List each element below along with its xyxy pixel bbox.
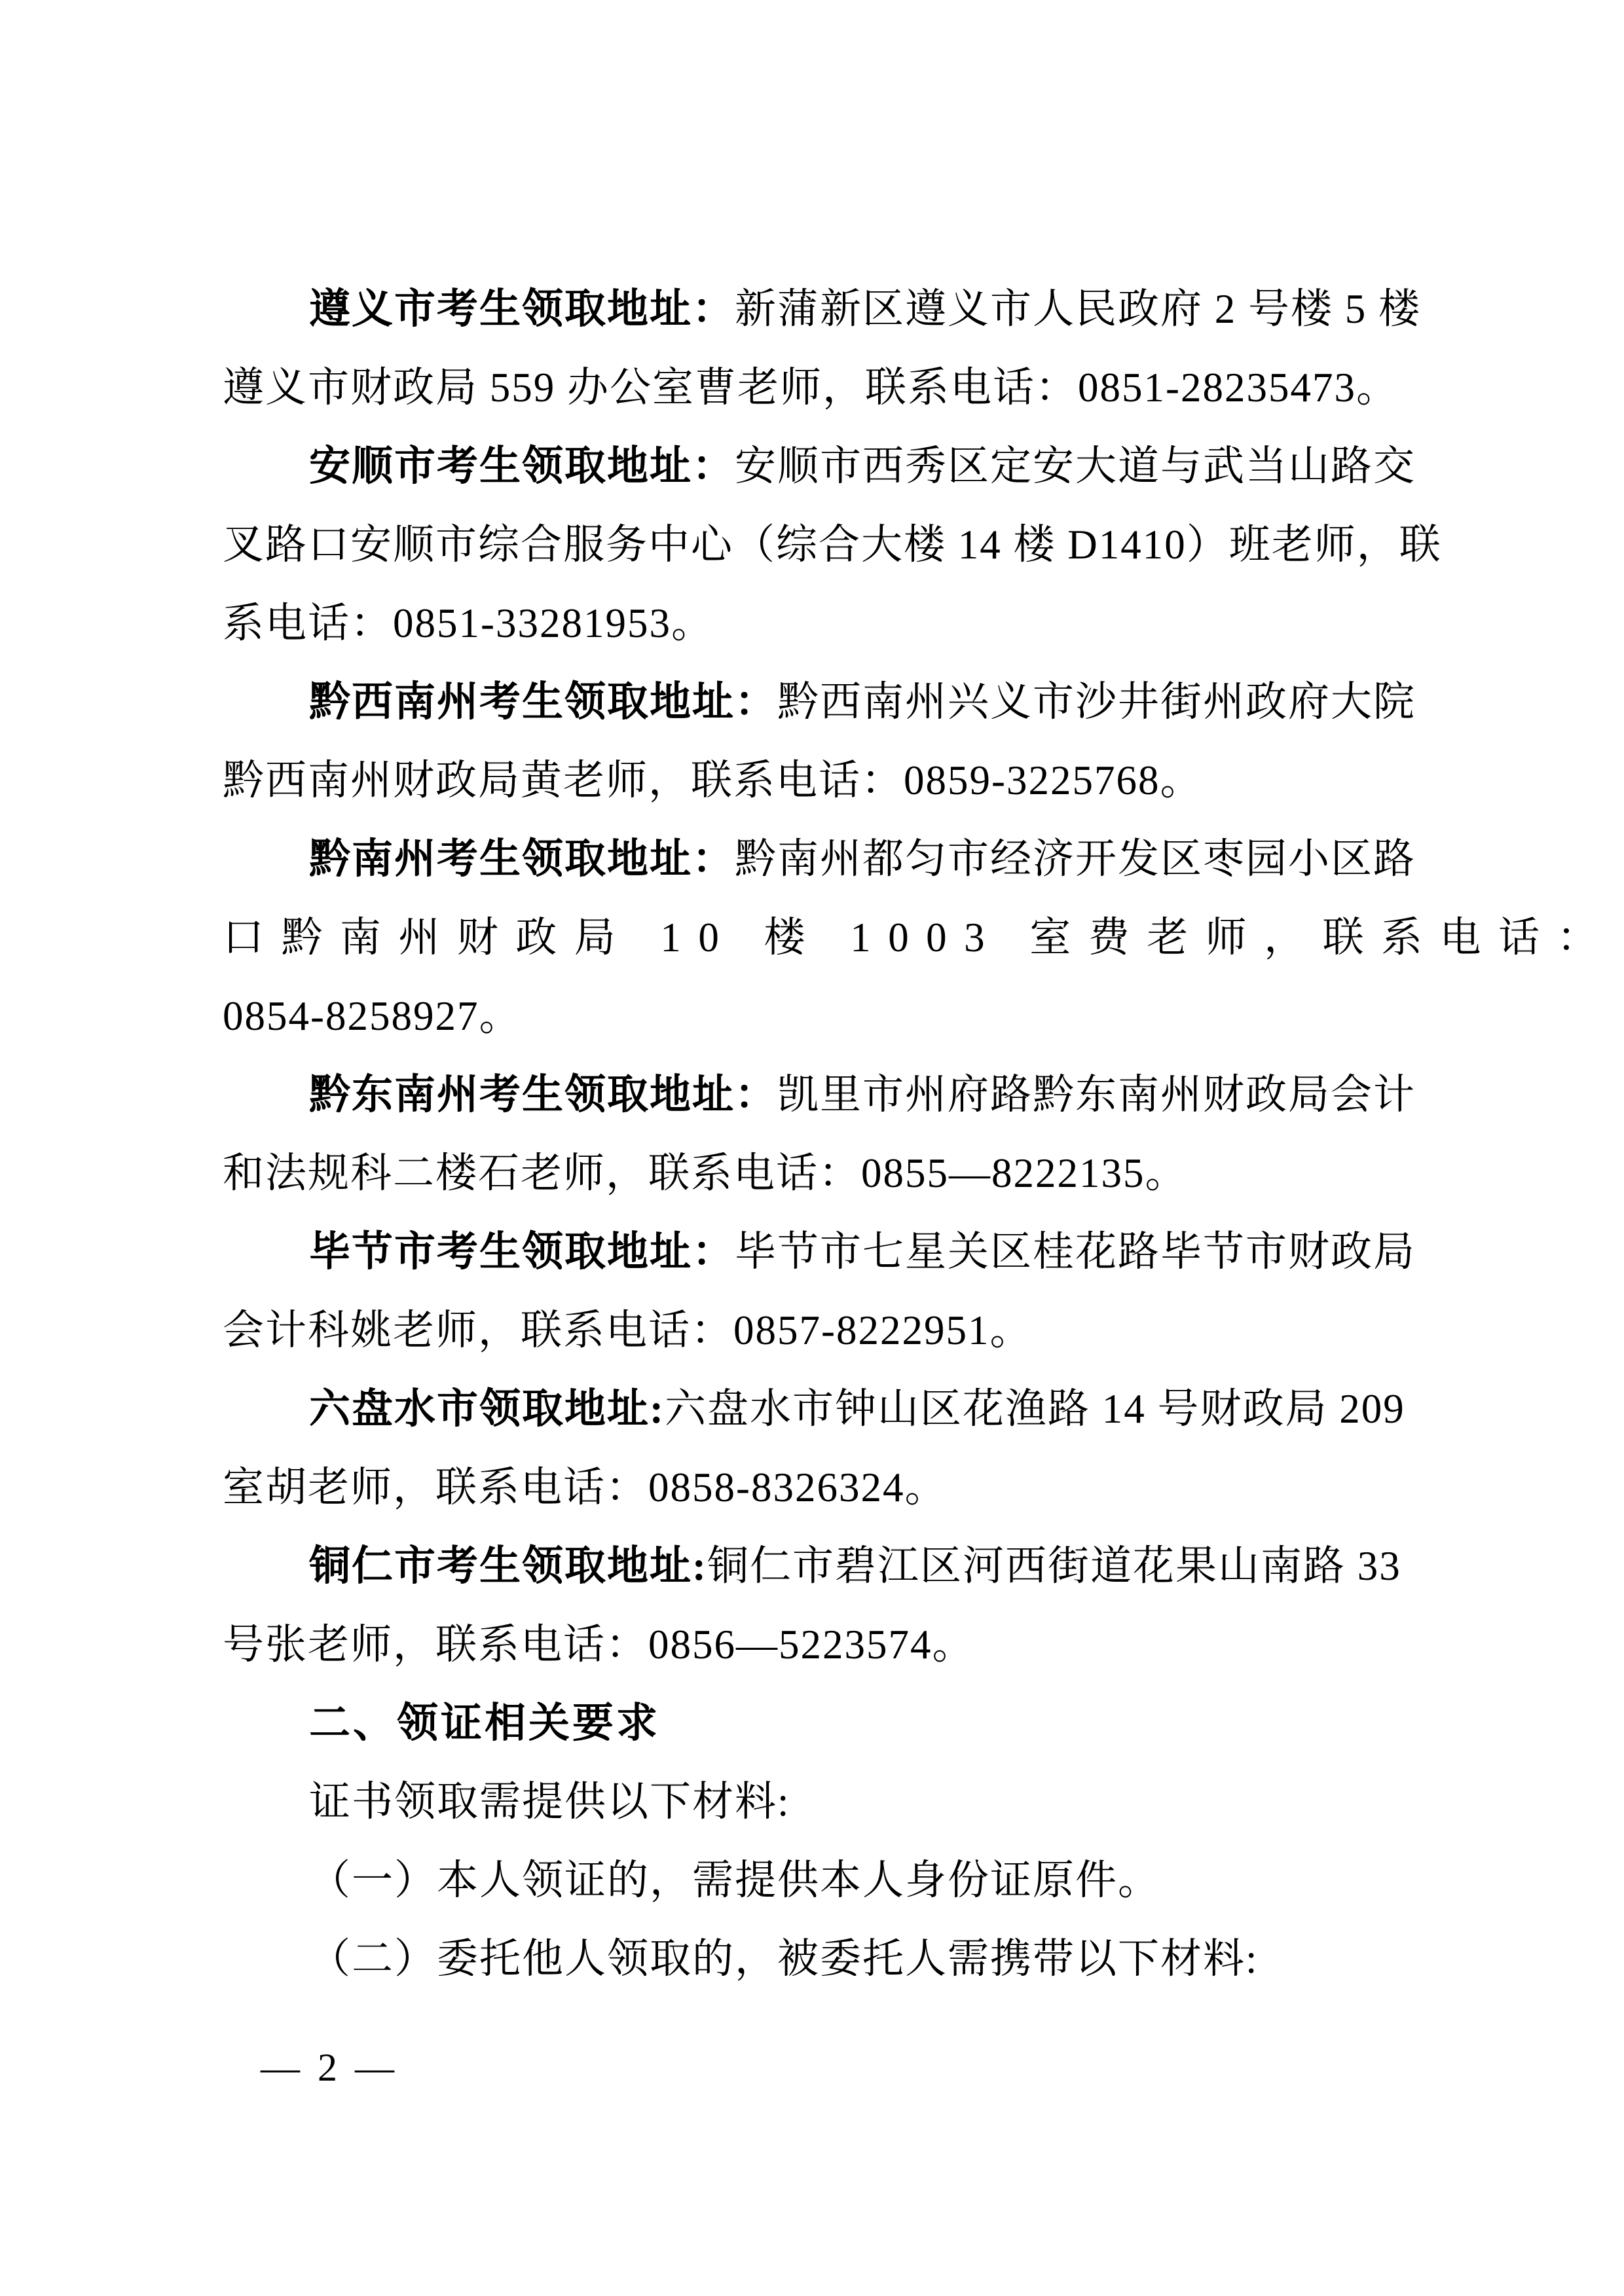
qiannan-phone-text: 0854-8258927。 — [223, 993, 521, 1039]
paragraph-tongren-line1: 铜仁市考生领取地址:铜仁市碧江区河西街道花果山南路 33 — [223, 1527, 1425, 1605]
item-one-text: （一）本人领证的，需提供本人身份证原件。 — [309, 1857, 1160, 1903]
zunyi-address-text: 新蒲新区遵义市人民政府 2 号楼 5 楼 — [735, 286, 1421, 332]
paragraph-bijie-line2: 会计科姚老师，联系电话：0857-8222951。 — [223, 1291, 1425, 1370]
anshun-phone-text: 系电话：0851-33281953。 — [223, 600, 714, 646]
section-heading-text: 二、领证相关要求 — [309, 1700, 660, 1746]
zunyi-phone-text: 遵义市财政局 559 办公室曹老师，联系电话：0851-28235473。 — [223, 365, 1399, 410]
qiandongnan-address-text: 凯里市州府路黔东南州财政局会计 — [777, 1072, 1416, 1118]
paragraph-anshun-line2: 叉路口安顺市综合服务中心（综合大楼 14 楼 D1410）班老师，联 — [223, 505, 1425, 584]
document-body: 遵义市考生领取地址：新蒲新区遵义市人民政府 2 号楼 5 楼 遵义市财政局 55… — [223, 270, 1425, 1998]
paragraph-tongren-line2: 号张老师，联系电话：0856—5223574。 — [223, 1605, 1425, 1684]
item-two-line: （二）委托他人领取的，被委托人需携带以下材料: — [223, 1920, 1425, 1998]
qiannan-address-text: 黔南州都匀市经济开发区枣园小区路 — [735, 836, 1416, 882]
paragraph-qiannan-line2: 口黔南州财政局 10 楼 1003 室费老师，联系电话： — [223, 898, 1425, 977]
qianxinan-pickup-label: 黔西南州考生领取地址： — [309, 679, 777, 725]
paragraph-qianxinan-line1: 黔西南州考生领取地址：黔西南州兴义市沙井街州政府大院 — [223, 663, 1425, 741]
tongren-pickup-label: 铜仁市考生领取地址: — [309, 1543, 707, 1589]
anshun-address-text: 安顺市西秀区定安大道与武当山路交 — [735, 443, 1416, 489]
tongren-address-text: 铜仁市碧江区河西街道花果山南路 33 — [707, 1543, 1401, 1589]
materials-intro-line: 证书领取需提供以下材料: — [223, 1762, 1425, 1841]
qiandongnan-pickup-label: 黔东南州考生领取地址： — [309, 1072, 777, 1118]
anshun-pickup-label: 安顺市考生领取地址： — [309, 443, 735, 489]
paragraph-liupanshui-line2: 室胡老师，联系电话：0858-8326324。 — [223, 1448, 1425, 1527]
bijie-phone-text: 会计科姚老师，联系电话：0857-8222951。 — [223, 1307, 1032, 1353]
item-two-text: （二）委托他人领取的，被委托人需携带以下材料: — [309, 1936, 1259, 1982]
zunyi-pickup-label: 遵义市考生领取地址： — [309, 286, 735, 332]
paragraph-zunyi-line1: 遵义市考生领取地址：新蒲新区遵义市人民政府 2 号楼 5 楼 — [223, 270, 1425, 348]
paragraph-zunyi-line2: 遵义市财政局 559 办公室曹老师，联系电话：0851-28235473。 — [223, 348, 1425, 427]
paragraph-bijie-line1: 毕节市考生领取地址：毕节市七星关区桂花路毕节市财政局 — [223, 1212, 1425, 1291]
liupanshui-pickup-label: 六盘水市领取地址: — [309, 1386, 665, 1432]
section-heading-requirements: 二、领证相关要求 — [223, 1684, 1425, 1762]
paragraph-qiandongnan-line1: 黔东南州考生领取地址：凯里市州府路黔东南州财政局会计 — [223, 1055, 1425, 1134]
paragraph-qiannan-line3: 0854-8258927。 — [223, 977, 1425, 1055]
anshun-address-cont: 叉路口安顺市综合服务中心（综合大楼 14 楼 D1410）班老师，联 — [223, 522, 1442, 568]
liupanshui-phone-text: 室胡老师，联系电话：0858-8326324。 — [223, 1465, 947, 1510]
paragraph-anshun-line1: 安顺市考生领取地址：安顺市西秀区定安大道与武当山路交 — [223, 427, 1425, 505]
bijie-pickup-label: 毕节市考生领取地址： — [309, 1229, 735, 1275]
qiannan-address-cont: 口黔南州财政局 10 楼 1003 室费老师，联系电话： — [223, 915, 1615, 960]
paragraph-qianxinan-line2: 黔西南州财政局黄老师，联系电话：0859-3225768。 — [223, 741, 1425, 820]
paragraph-anshun-line3: 系电话：0851-33281953。 — [223, 584, 1425, 663]
document-page: 遵义市考生领取地址：新蒲新区遵义市人民政府 2 号楼 5 楼 遵义市财政局 55… — [0, 0, 1624, 2296]
paragraph-liupanshui-line1: 六盘水市领取地址:六盘水市钟山区花渔路 14 号财政局 209 — [223, 1370, 1425, 1448]
materials-intro-text: 证书领取需提供以下材料: — [309, 1779, 790, 1825]
qianxinan-address-text: 黔西南州兴义市沙井街州政府大院 — [777, 679, 1416, 725]
tongren-phone-text: 号张老师，联系电话：0856—5223574。 — [223, 1622, 975, 1667]
page-number: — 2 — — [261, 2048, 398, 2087]
paragraph-qiandongnan-line2: 和法规科二楼石老师，联系电话：0855—8222135。 — [223, 1134, 1425, 1212]
liupanshui-address-text: 六盘水市钟山区花渔路 14 号财政局 209 — [665, 1386, 1405, 1432]
item-one-line: （一）本人领证的，需提供本人身份证原件。 — [223, 1841, 1425, 1920]
qiannan-pickup-label: 黔南州考生领取地址： — [309, 836, 735, 882]
qianxinan-phone-text: 黔西南州财政局黄老师，联系电话：0859-3225768。 — [223, 757, 1202, 803]
qiandongnan-phone-text: 和法规科二楼石老师，联系电话：0855—8222135。 — [223, 1150, 1188, 1196]
paragraph-qiannan-line1: 黔南州考生领取地址：黔南州都匀市经济开发区枣园小区路 — [223, 820, 1425, 898]
bijie-address-text: 毕节市七星关区桂花路毕节市财政局 — [735, 1229, 1416, 1275]
